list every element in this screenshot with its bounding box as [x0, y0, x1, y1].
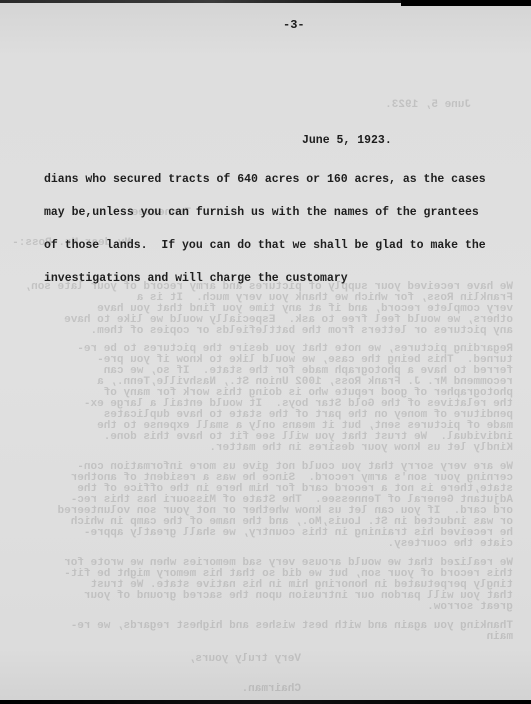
ghost-line: this record of your son, but we did so t… — [64, 569, 513, 581]
body-line: may be,unless you can furnish us with th… — [44, 207, 514, 218]
ghost-line: cerning your son's army record. Since he… — [71, 473, 513, 485]
ghost-line: June 5, 1923. — [385, 100, 471, 112]
ghost-line: turned. This being the case, we would li… — [97, 355, 513, 367]
ghost-line: recommend Mr. J. Frank Ross, 1002 Union … — [97, 377, 513, 389]
ghost-line: ciate the courtesy. — [388, 539, 513, 551]
ghost-line: Adjutant General of Tennessee. The State… — [71, 495, 513, 507]
ghost-line: state,there is not a record card for him… — [77, 484, 513, 496]
ghost-line: We are very sorry that you could not giv… — [77, 462, 513, 474]
scan-edge-top-right — [401, 0, 531, 6]
page-number: -3- — [283, 18, 305, 32]
ghost-line: any pictures or letters from the battlef… — [91, 326, 513, 338]
body-line: investigations and will charge the custo… — [44, 273, 514, 284]
ghost-line: We realized that we would arouse very sa… — [64, 558, 513, 570]
ghost-line: made of pictures sent, but it means only… — [97, 421, 513, 433]
scan-edge-bottom — [0, 700, 531, 704]
letter-date: June 5, 1923. — [302, 134, 392, 147]
ghost-line: Kindly let us know your desires in the m… — [209, 443, 513, 455]
ghost-line: tingly perpetuated in honoring him in hi… — [91, 580, 513, 592]
ghost-line: penditure of money on the part of the st… — [104, 410, 513, 422]
ghost-line: he received his training in this country… — [84, 528, 513, 540]
bleed-through-text: June 5, 1923. Tennessee. My dear Mr. Ros… — [0, 0, 531, 704]
ghost-line: Chairman. — [242, 684, 301, 696]
document-page: June 5, 1923. Tennessee. My dear Mr. Ros… — [0, 0, 531, 704]
ghost-line: Regarding pictures, we note that you des… — [77, 344, 513, 356]
body-line: of those lands. If you can do that we sh… — [44, 240, 514, 251]
ghost-line: main — [487, 632, 513, 644]
ghost-line: ord card. If you can let us know whether… — [58, 506, 513, 518]
ghost-line: others, we would feel free to ask. Espec… — [64, 315, 513, 327]
ghost-line: great sorrow. — [427, 602, 513, 614]
ghost-line: the relatives of the Gold Star boys. It … — [84, 399, 513, 411]
body-line: dians who secured tracts of 640 acres or… — [44, 174, 514, 185]
ghost-line: Very truly yours, — [189, 654, 301, 666]
ghost-line: photographer of good repute who is doing… — [104, 388, 513, 400]
letter-body: dians who secured tracts of 640 acres or… — [44, 152, 514, 306]
ghost-line: or was inducted in St. Louis,Mo., and th… — [71, 517, 513, 529]
ghost-line: individual. We trust that you will see f… — [104, 432, 513, 444]
ghost-line: that you will pardon our intrusion upon … — [84, 591, 513, 603]
ghost-line: ferred to have a photograph made for the… — [104, 366, 513, 378]
ghost-line: Thanking you again and with best wishes … — [71, 621, 513, 633]
